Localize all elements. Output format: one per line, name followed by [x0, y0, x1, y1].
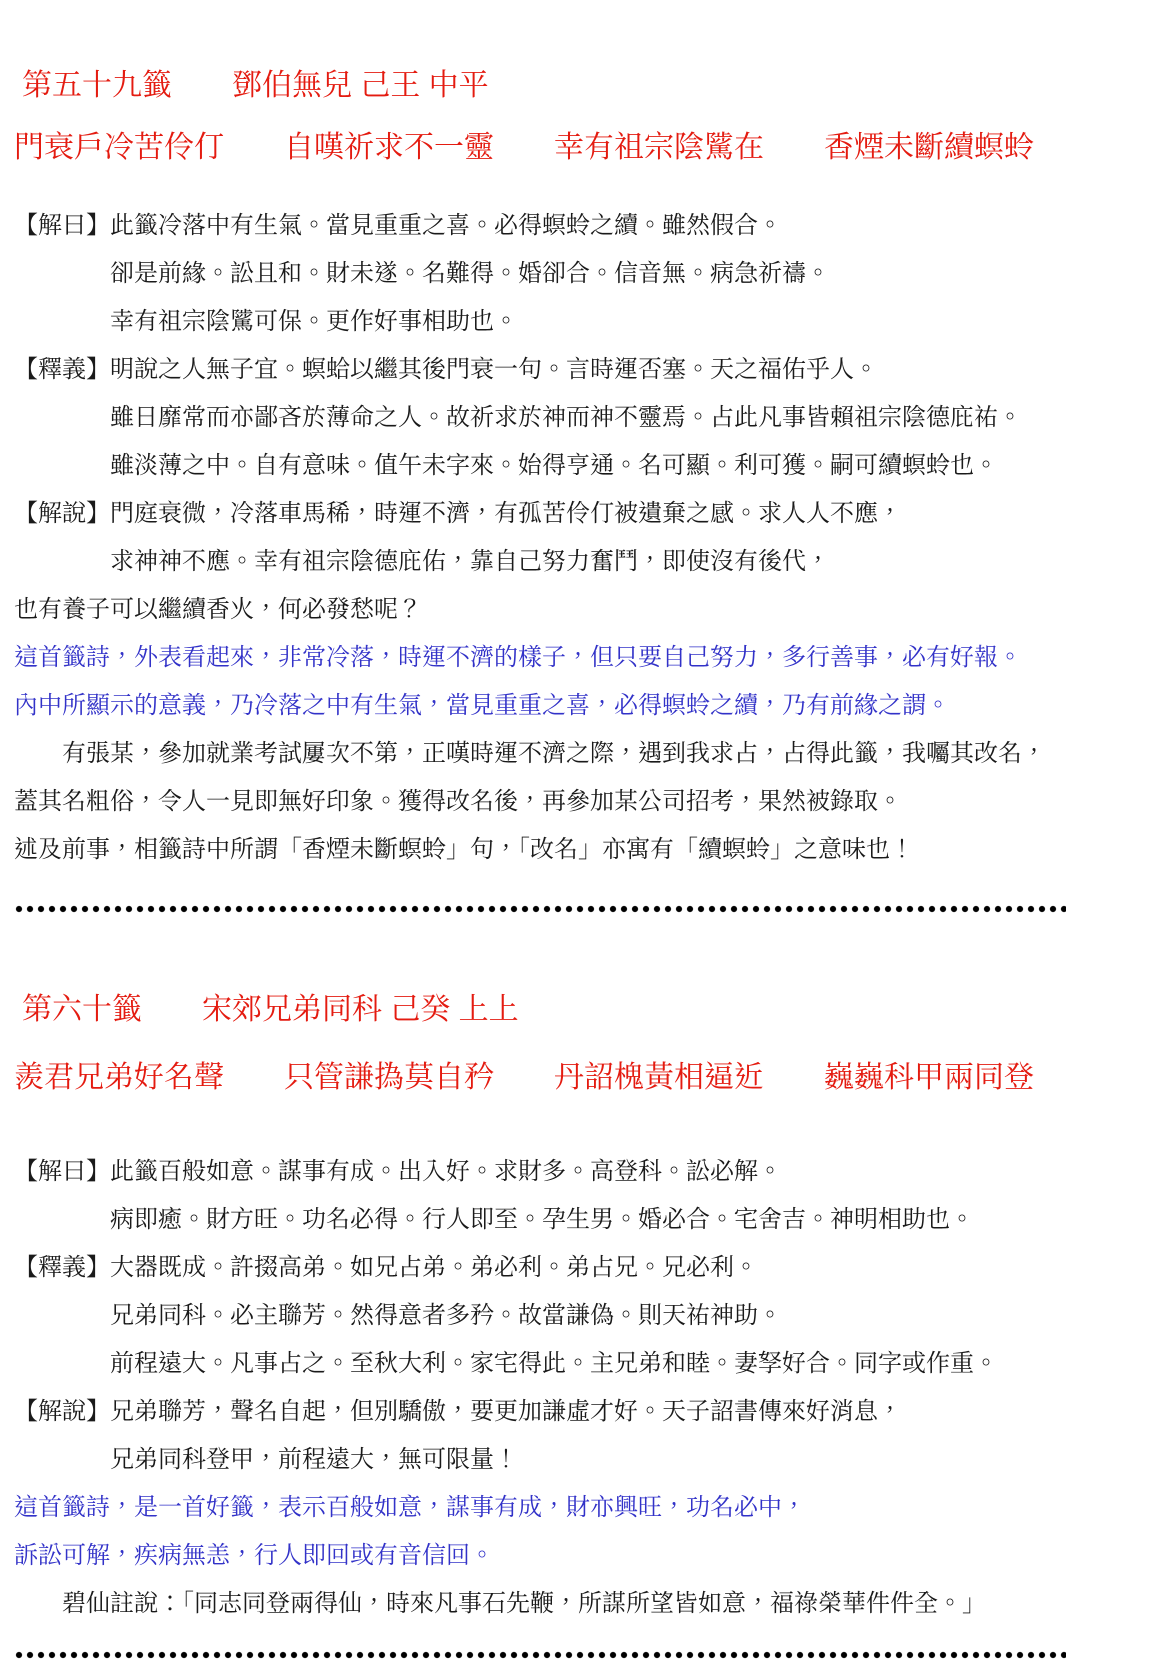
sign-body: 【解曰】此籤冷落中有生氣。當見重重之喜。必得螟蛉之續。雖然假合。 卻是前緣。訟且…: [14, 202, 1136, 874]
dotted-separator: [14, 1650, 1066, 1660]
page: 第五十九籤 鄧伯無兒 己王 中平 門衰戶冷苦伶仃 自嘆祈求不一靈 幸有祖宗陰騭在…: [0, 0, 1150, 1676]
text-line: 【釋義】明說之人無子宜。螟蛤以繼其後門衰一句。言時運否塞。天之福佑乎人。: [14, 346, 1136, 394]
text-line: 雖日靡常而亦鄙吝於薄命之人。故祈求於神而神不靈焉。占此凡事皆賴祖宗陰德庇祐。: [14, 394, 1136, 442]
text-line: 【釋義】大器既成。許掇高弟。如兄占弟。弟必利。弟占兄。兄必利。: [14, 1244, 1136, 1292]
text-line: 雖淡薄之中。自有意味。值午未字來。始得亨通。名可顯。利可獲。嗣可續螟蛉也。: [14, 442, 1136, 490]
text-line: 也有養子可以繼續香火，何必發愁呢？: [14, 586, 1136, 634]
text-line: 幸有祖宗陰騭可保。更作好事相助也。: [14, 298, 1136, 346]
dotted-separator: [14, 904, 1066, 914]
text-line: 訴訟可解，疾病無恙，行人即回或有音信回。: [14, 1532, 1136, 1580]
text-line: 【解曰】此籤百般如意。謀事有成。出入好。求財多。高登科。訟必解。: [14, 1148, 1136, 1196]
sign-poem: 門衰戶冷苦伶仃 自嘆祈求不一靈 幸有祖宗陰騭在 香煙未斷續螟蛉: [14, 130, 1136, 166]
text-line: 前程遠大。凡事占之。至秋大利。家宅得此。主兄弟和睦。妻孥好合。同字或作重。: [14, 1340, 1136, 1388]
text-line: 病即癒。財方旺。功名必得。行人即至。孕生男。婚必合。宅舍吉。神明相助也。: [14, 1196, 1136, 1244]
text-line: 【解說】兄弟聯芳，聲名自起，但別驕傲，要更加謙虛才好。天子詔書傳來好消息，: [14, 1388, 1136, 1436]
text-line: 求神神不應。幸有祖宗陰德庇佑，靠自己努力奮鬥，即使沒有後代，: [14, 538, 1136, 586]
text-line: 【解曰】此籤冷落中有生氣。當見重重之喜。必得螟蛉之續。雖然假合。: [14, 202, 1136, 250]
text-line: 這首籤詩，外表看起來，非常冷落，時運不濟的樣子，但只要自己努力，多行善事，必有好…: [14, 634, 1136, 682]
text-line: 卻是前緣。訟且和。財未遂。名難得。婚卻合。信音無。病急祈禱。: [14, 250, 1136, 298]
text-line: 這首籤詩，是一首好籤，表示百般如意，謀事有成，財亦興旺，功名必中，: [14, 1484, 1136, 1532]
text-line: 兄弟同科登甲，前程遠大，無可限量！: [14, 1436, 1136, 1484]
sign-title: 第六十籤 宋郊兄弟同科 己癸 上上: [14, 992, 1136, 1028]
text-line: 兄弟同科。必主聯芳。然得意者多矜。故當謙偽。則天祐神助。: [14, 1292, 1136, 1340]
sign-title: 第五十九籤 鄧伯無兒 己王 中平: [14, 68, 1136, 104]
sign-poem: 羨君兄弟好名聲 只管謙撝莫自矜 丹詔槐黃相逼近 巍巍科甲兩同登: [14, 1060, 1136, 1096]
text-line: 蓋其名粗俗，令人一見即無好印象。獲得改名後，再參加某公司招考，果然被錄取。: [14, 778, 1136, 826]
text-line: 碧仙註說：「同志同登兩得仙，時來凡事石先鞭，所謀所望皆如意，福祿榮華件件全。」: [14, 1580, 1136, 1628]
text-line: 述及前事，相籤詩中所謂「香煙未斷螟蛉」句，「改名」亦寓有「續螟蛉」之意味也！: [14, 826, 1136, 874]
text-line: 有張某，參加就業考試屢次不第，正嘆時運不濟之際，遇到我求占，占得此籤，我囑其改名…: [14, 730, 1136, 778]
sign-section-59: 第五十九籤 鄧伯無兒 己王 中平 門衰戶冷苦伶仃 自嘆祈求不一靈 幸有祖宗陰騭在…: [14, 68, 1136, 914]
text-line: 內中所顯示的意義，乃冷落之中有生氣，當見重重之喜，必得螟蛉之續，乃有前緣之謂。: [14, 682, 1136, 730]
text-line: 【解說】門庭衰微，冷落車馬稀，時運不濟，有孤苦伶仃被遺棄之感。求人人不應，: [14, 490, 1136, 538]
sign-section-60: 第六十籤 宋郊兄弟同科 己癸 上上 羨君兄弟好名聲 只管謙撝莫自矜 丹詔槐黃相逼…: [14, 992, 1136, 1660]
sign-body: 【解曰】此籤百般如意。謀事有成。出入好。求財多。高登科。訟必解。 病即癒。財方旺…: [14, 1148, 1136, 1628]
